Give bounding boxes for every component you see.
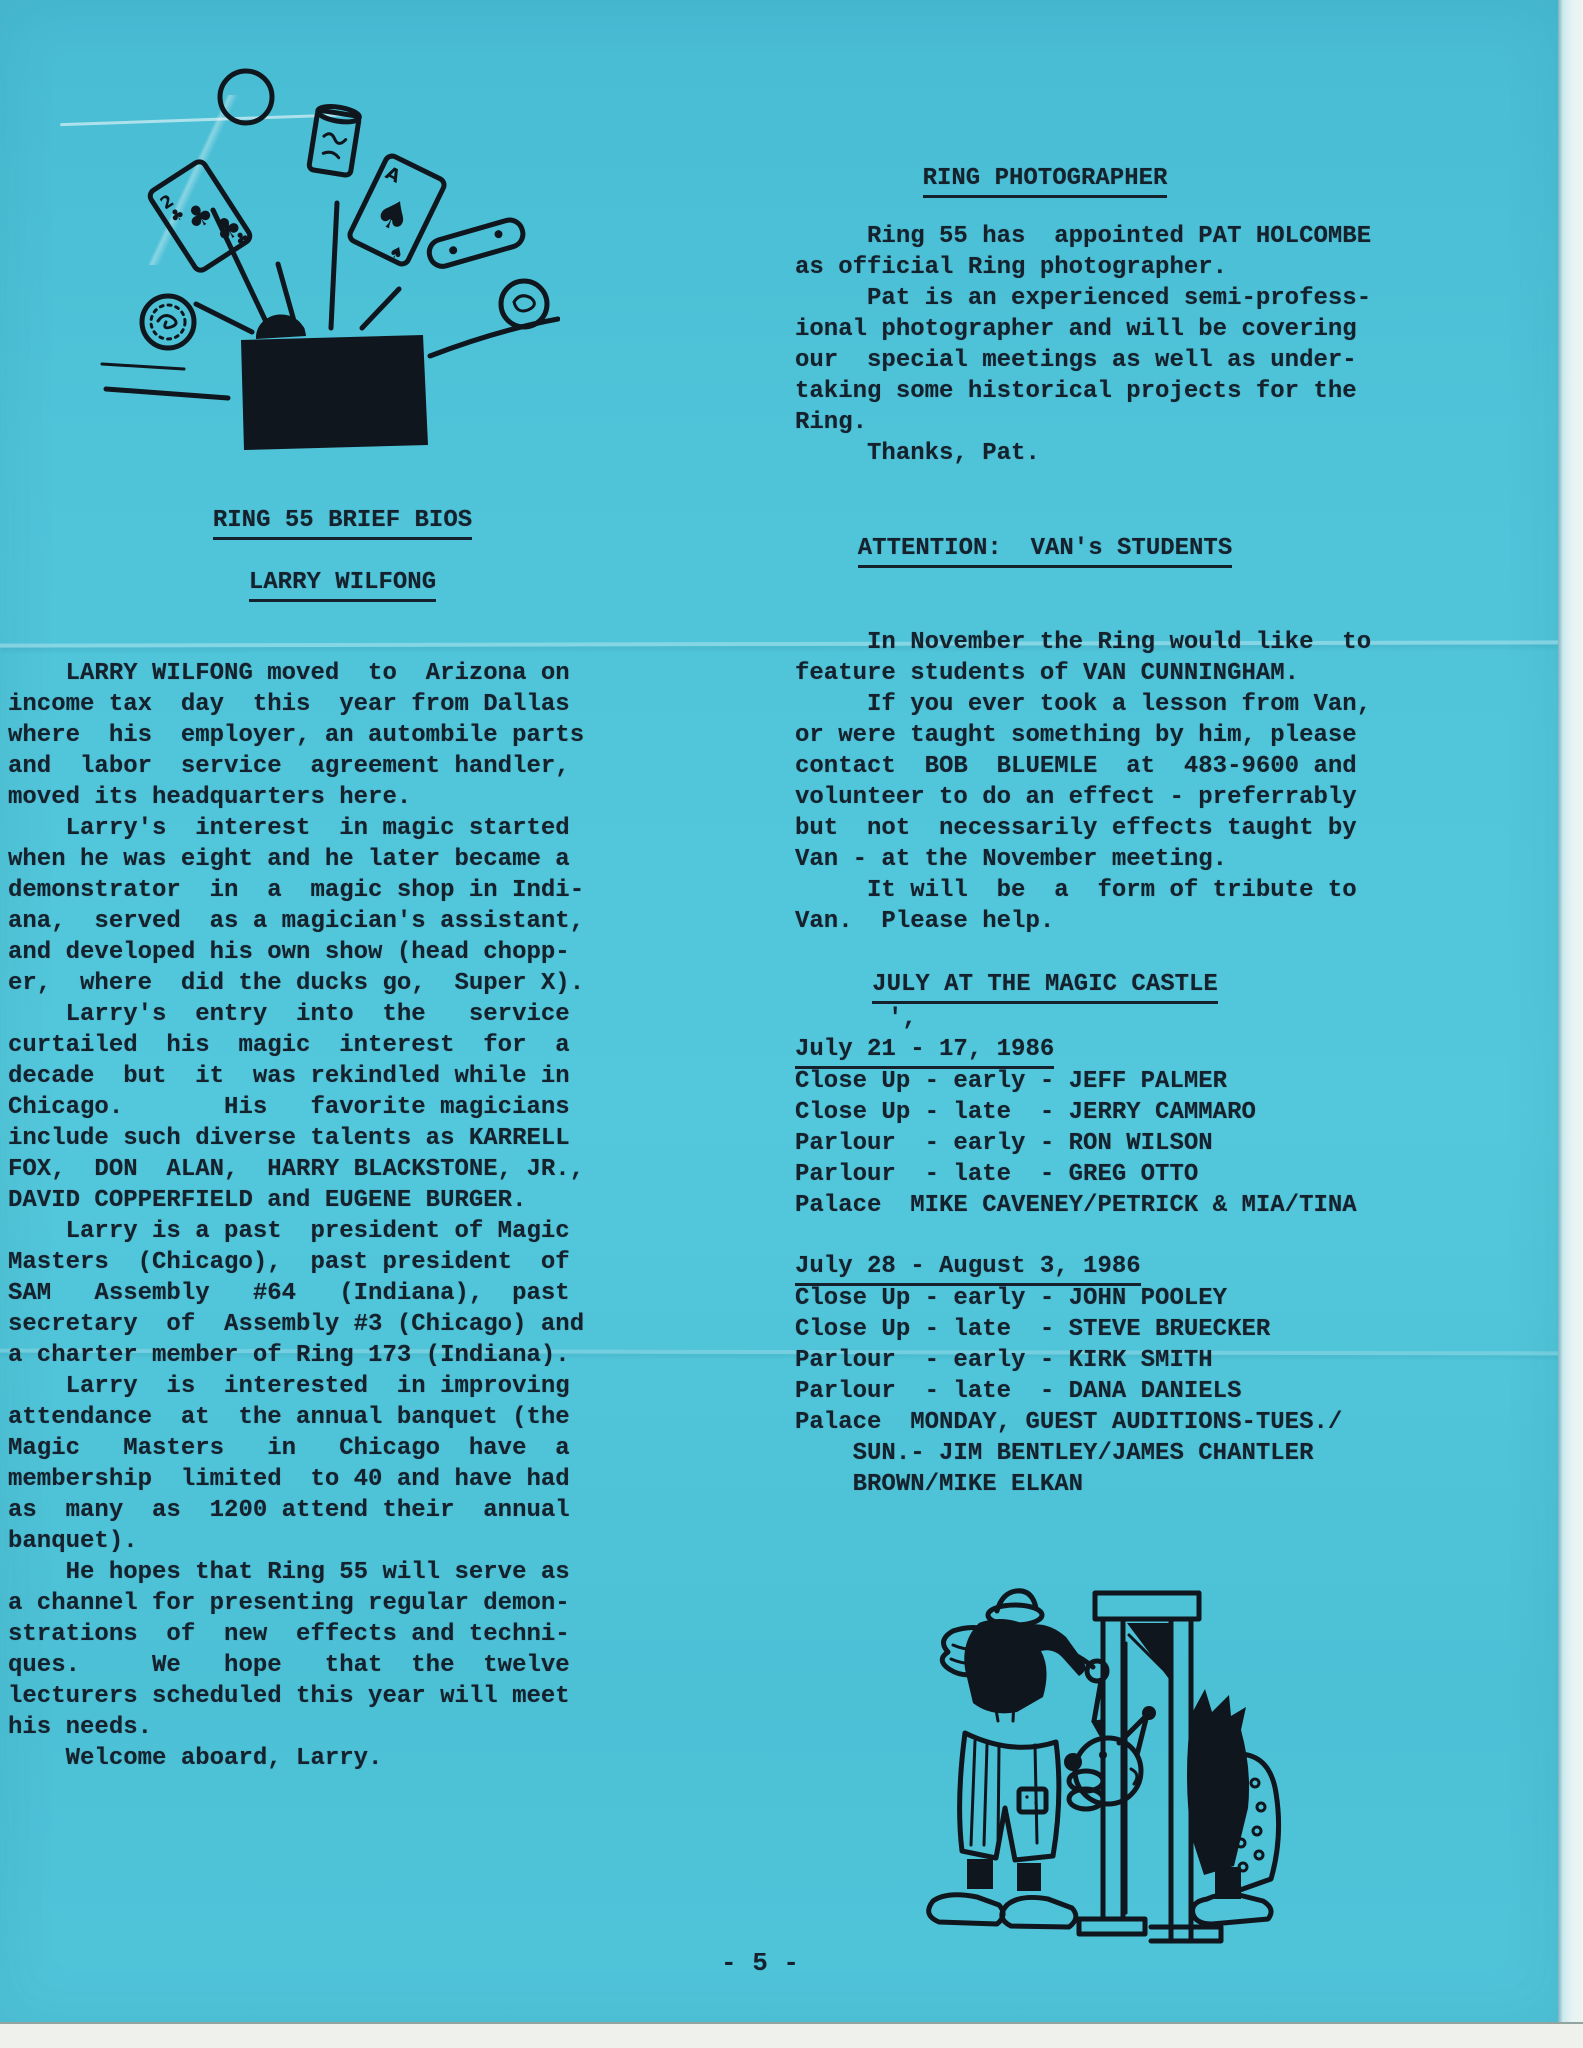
blue-paper-background: 2 ♣ ♣ ♣ ♣ A ♠ ♠ bbox=[0, 0, 1562, 2022]
scanned-newsletter-page: { "page": { "number": "- 5 -", "paper_co… bbox=[0, 0, 1583, 2048]
scanner-bottom-strip bbox=[0, 2022, 1583, 2048]
heading-underlined-text: RING 55 BRIEF BIOS bbox=[213, 507, 472, 540]
schedule-week2-date: July 28 - August 3, 1986 bbox=[795, 1251, 1141, 1282]
ring-photographer-text: Ring 55 has appointed PAT HOLCOMBE as of… bbox=[795, 221, 1371, 469]
cup-icon bbox=[309, 104, 361, 176]
magic-hat-icon bbox=[241, 314, 428, 450]
heading-underlined-text: JULY AT THE MAGIC CASTLE bbox=[872, 971, 1218, 1004]
magic-hat-illustration: 2 ♣ ♣ ♣ ♣ A ♠ ♠ bbox=[100, 58, 560, 456]
heading-underlined-text: ATTENTION: VAN's STUDENTS bbox=[858, 535, 1232, 568]
heading-underlined-text: RING PHOTOGRAPHER bbox=[923, 165, 1168, 198]
stray-typed-mark: ', bbox=[888, 1003, 917, 1034]
schedule-week1-date: July 21 - 17, 1986 bbox=[795, 1034, 1054, 1065]
ball-icon bbox=[220, 71, 272, 123]
page-number: - 5 - bbox=[0, 1948, 1520, 1979]
coin-icon bbox=[501, 281, 547, 327]
section-heading-magic-castle: JULY AT THE MAGIC CASTLE bbox=[795, 969, 1295, 1000]
schedule-week1-rows: Close Up - early - JEFF PALMER Close Up … bbox=[795, 1066, 1357, 1221]
coin-icon bbox=[142, 296, 194, 348]
paper-right-edge bbox=[1558, 0, 1583, 2022]
clown-head-in-stocks-icon bbox=[1064, 1706, 1156, 1809]
section-heading-ring-photographer: RING PHOTOGRAPHER bbox=[795, 163, 1295, 194]
larry-wilfong-bio-text: LARRY WILFONG moved to Arizona on income… bbox=[8, 658, 584, 1774]
crouching-clown-icon bbox=[1187, 1689, 1279, 1924]
clown-guillotine-illustration bbox=[923, 1583, 1313, 1955]
pocket-knife-icon bbox=[426, 217, 526, 269]
schedule-week2-rows: Close Up - early - JOHN POOLEY Close Up … bbox=[795, 1283, 1342, 1500]
vans-students-text: In November the Ring would like to featu… bbox=[795, 627, 1371, 937]
section-heading-larry-wilfong: LARRY WILFONG bbox=[55, 567, 630, 598]
section-heading-brief-bios: RING 55 BRIEF BIOS bbox=[55, 505, 630, 536]
svg-text:♠: ♠ bbox=[367, 187, 419, 244]
heading-underlined-text: LARRY WILFONG bbox=[249, 569, 436, 602]
section-heading-attention-vans-students: ATTENTION: VAN's STUDENTS bbox=[795, 533, 1295, 564]
